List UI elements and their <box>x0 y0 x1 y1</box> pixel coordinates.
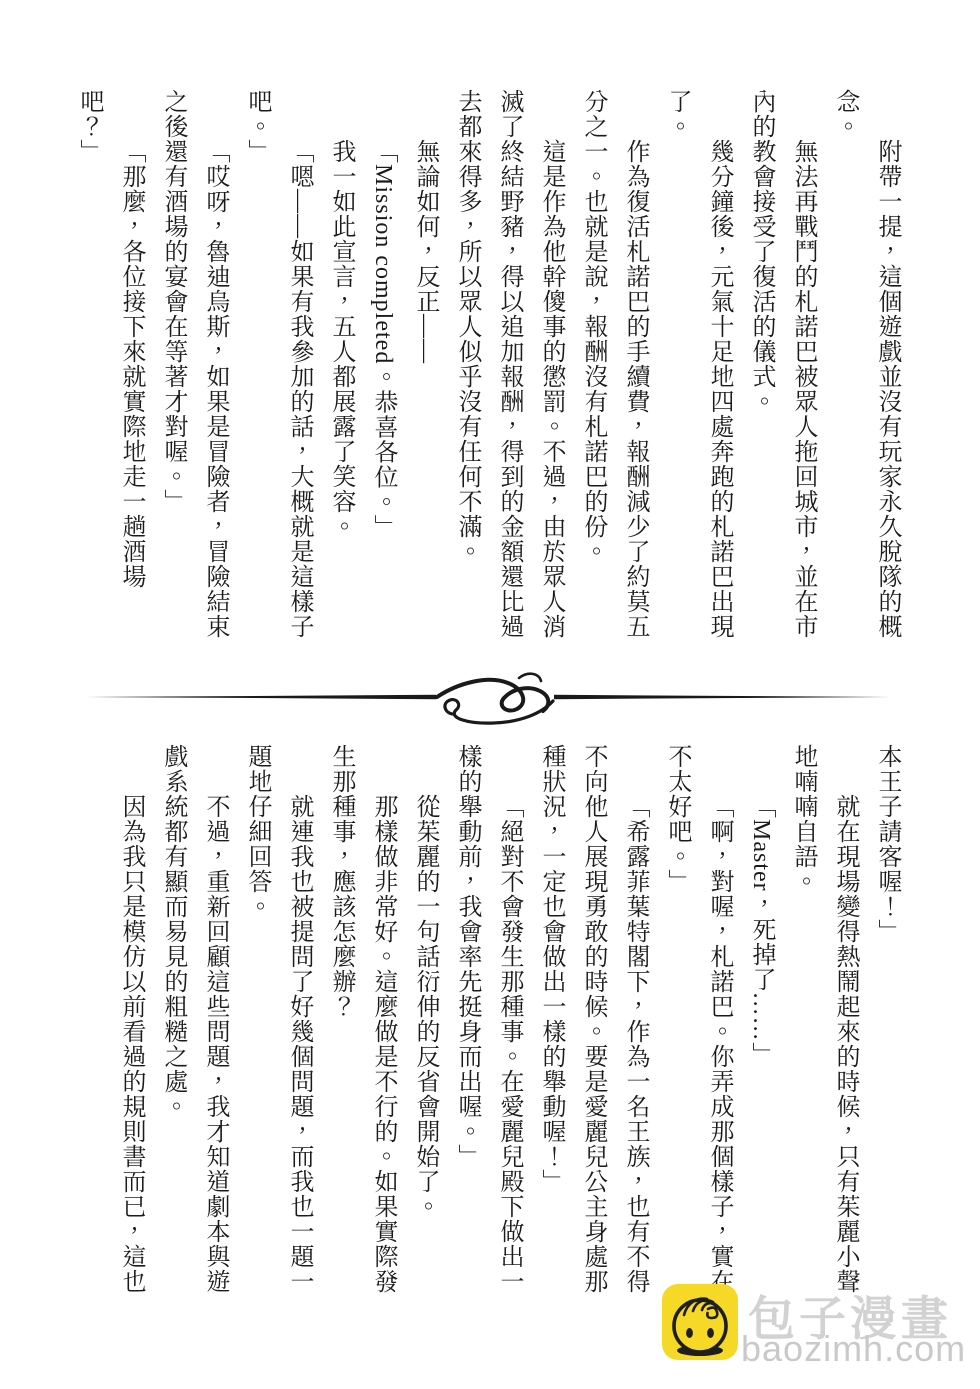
paragraph: 那樣做非常好。這麼做是不行的。如果實際發生那種事，應該怎麼辦？ <box>320 744 404 1297</box>
paragraph: 這是作為他幹傻事的懲罰。不過，由於眾人消滅了終結野豬，得以追加報酬，得到的金額還… <box>446 89 572 642</box>
section-divider <box>0 662 980 732</box>
paragraph: 「希露菲葉特閣下，作為一名王族，也有不得不向他人展現勇敢的時候。要是愛麗兒公主身… <box>530 744 656 1297</box>
paragraph: 「Master，死掉了……」 <box>740 744 782 1297</box>
paragraph: 本王子請客喔！」 <box>866 744 908 1297</box>
novel-page: 附帶一提，這個遊戲並沒有玩家永久脫隊的概念。無法再戰鬥的札諾巴被眾人拖回城市，並… <box>0 0 980 1389</box>
paragraph: 我一如此宣言，五人都展露了笑容。 <box>320 89 362 642</box>
paragraph: 無論如何，反正—— <box>404 89 446 642</box>
paragraph: 就在現場變得熱鬧起來的時候，只有茱麗小聲地喃喃自語。 <box>782 744 866 1297</box>
paragraph: 「Mission completed。恭喜各位。」 <box>362 89 404 642</box>
top-text-section: 附帶一提，這個遊戲並沒有玩家永久脫隊的概念。無法再戰鬥的札諾巴被眾人拖回城市，並… <box>68 89 908 642</box>
paragraph: 無法再戰鬥的札諾巴被眾人拖回城市，並在市內的教會接受了復活的儀式。 <box>740 89 824 642</box>
paragraph: 附帶一提，這個遊戲並沒有玩家永久脫隊的概念。 <box>824 89 908 642</box>
calligraphic-flourish-icon <box>0 662 980 732</box>
paragraph: 作為復活札諾巴的手續費，報酬減少了約莫五分之一。也就是說，報酬沒有札諾巴的份。 <box>572 89 656 642</box>
paragraph: 「哎呀，魯迪烏斯，如果是冒險者，冒險結束之後還有酒場的宴會在等著才對喔。」 <box>152 89 236 642</box>
paragraph: 因為我只是模仿以前看過的規則書而已，這也 <box>110 744 152 1297</box>
paragraph: 「那麼，各位接下來就實際地走一趟酒場吧？」 <box>68 89 152 642</box>
paragraph: 幾分鐘後，元氣十足地四處奔跑的札諾巴出現了。 <box>656 89 740 642</box>
paragraph: 「嗯——如果有我參加的話，大概就是這樣子吧。」 <box>236 89 320 642</box>
watermark-site-url: baozimh.com <box>741 1328 966 1370</box>
paragraph: 「啊，對喔，札諾巴。你弄成那個樣子，實在不太好吧。」 <box>656 744 740 1297</box>
paragraph: 不過，重新回顧這些問題，我才知道劇本與遊戲系統都有顯而易見的粗糙之處。 <box>152 744 236 1297</box>
paragraph: 就連我也被提問了好幾個問題，而我也一題一題地仔細回答。 <box>236 744 320 1297</box>
bottom-text-section: 本王子請客喔！」就在現場變得熱鬧起來的時候，只有茱麗小聲地喃喃自語。「Maste… <box>110 744 908 1297</box>
paragraph: 從茱麗的一句話衍伸的反省會開始了。 <box>404 744 446 1297</box>
paragraph: 「絕對不會發生那種事。在愛麗兒殿下做出一樣的舉動前，我會率先挺身而出喔。」 <box>446 744 530 1297</box>
